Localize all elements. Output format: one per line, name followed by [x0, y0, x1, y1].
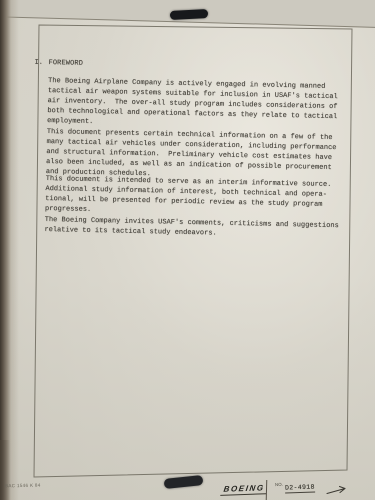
paragraph: This document is intended to serve as an…: [45, 175, 332, 221]
document-number-label: NO.: [275, 482, 283, 487]
section-title: FOREWORD: [48, 59, 83, 68]
paragraph: The Boeing Airplane Company is actively …: [47, 77, 338, 133]
scanned-document-page: I. FOREWORD The Boeing Airplane Company …: [0, 0, 375, 500]
arrow-right-icon: [326, 484, 350, 496]
document-number: D2-4918: [285, 483, 315, 493]
paragraph: The Boeing Company invites USAF's commen…: [44, 216, 339, 242]
section-numeral: I.: [34, 59, 43, 67]
typewritten-content: I. FOREWORD The Boeing Airplane Company …: [0, 0, 375, 500]
boeing-logo: BOEING: [220, 483, 268, 496]
form-code: BAC 1546 K 84: [5, 483, 41, 489]
